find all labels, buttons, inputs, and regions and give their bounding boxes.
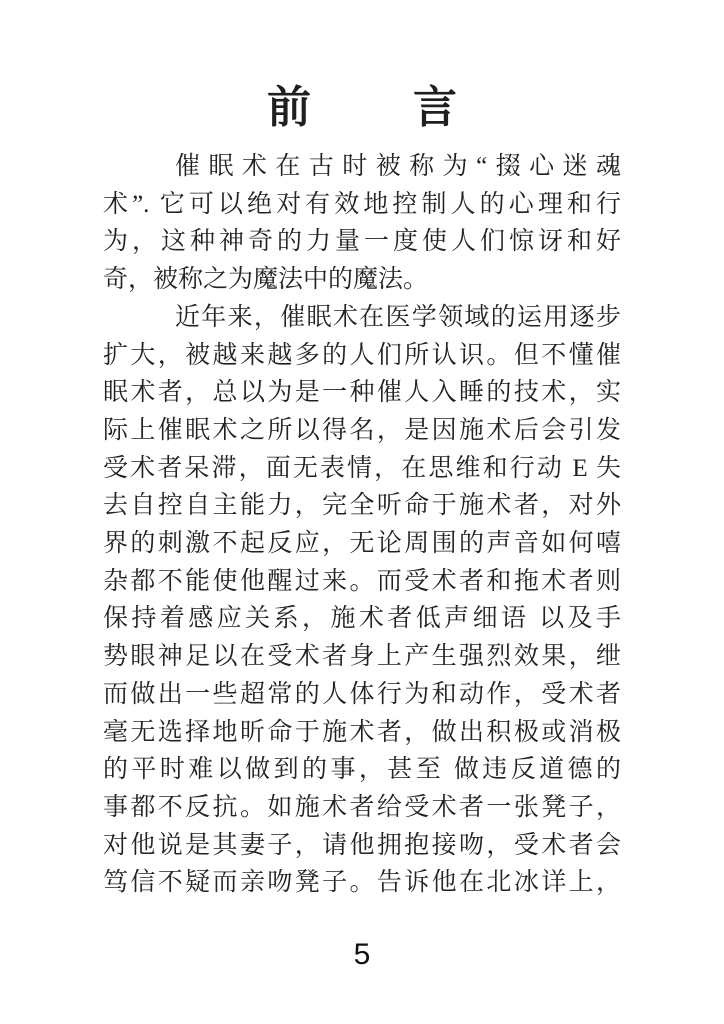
text-line: 对他说是其妻子，请他拥抱接吻，受术者会 [103,827,621,865]
text-line: 扩大，被越来越多的人们所认识。但不懂催 [103,337,621,375]
text-line: 的平时难以做到的事，甚至 做违反道德的 [103,751,621,789]
text-line: 奇，被称之为魔法中的魔法。 [103,261,621,299]
paragraph: 催眠术在古时被称为“掇心迷魂术”. 它可以绝对有效地控制人的心理和行为，这种神奇… [103,148,621,299]
page-title: 前 言 [0,84,724,132]
text-line: 催眠术在古时被称为“掇心迷魂 [103,148,621,186]
text-line: 眠术者，总以为是一种催人入睡的技术，实 [103,374,621,412]
text-line: 势眼神足以在受术者身上产生强烈效果，绁 [103,638,621,676]
text-line: 受术者呆滞，面无表情，在思维和行动 E 失 [103,450,621,488]
text-line: 为，这种神奇的力量一度使人们惊讶和好 [103,223,621,261]
text-line: 术”. 它可以绝对有效地控制人的心理和行 [103,186,621,224]
page-number: 5 [0,938,724,972]
body-text: 催眠术在古时被称为“掇心迷魂术”. 它可以绝对有效地控制人的心理和行为，这种神奇… [103,148,621,902]
text-line: 去自控自主能力，完全听命于施术者，对外 [103,487,621,525]
text-line: 保持着感应关系，施术者低声细语 以及手 [103,600,621,638]
paragraph: 近年来，催眠术在医学领域的运用逐步扩大，被越来越多的人们所认识。但不懂催眠术者，… [103,299,621,902]
text-line: 而做出一些超常的人体行为和动作，受术者 [103,676,621,714]
text-line: 杂都不能使他醒过来。而受术者和拖术者则 [103,563,621,601]
text-line: 毫无选择地昕命于施术者，做出积极或消极 [103,714,621,752]
text-line: 笃信不疑而亲吻凳子。告诉他在北冰详上， [103,864,621,902]
text-line: 事都不反抗。如施术者给受术者一张凳子， [103,789,621,827]
text-line: 界的刺激不起反应，无论周围的声音如何嘻 [103,525,621,563]
text-line: 际上催眠术之所以得名，是因施术后会引发 [103,412,621,450]
text-line: 近年来，催眠术在医学领域的运用逐步 [103,299,621,337]
document-page: 前 言 催眠术在古时被称为“掇心迷魂术”. 它可以绝对有效地控制人的心理和行为，… [0,0,724,1024]
title-char-right: 言 [413,84,457,132]
title-char-left: 前 [267,84,311,132]
